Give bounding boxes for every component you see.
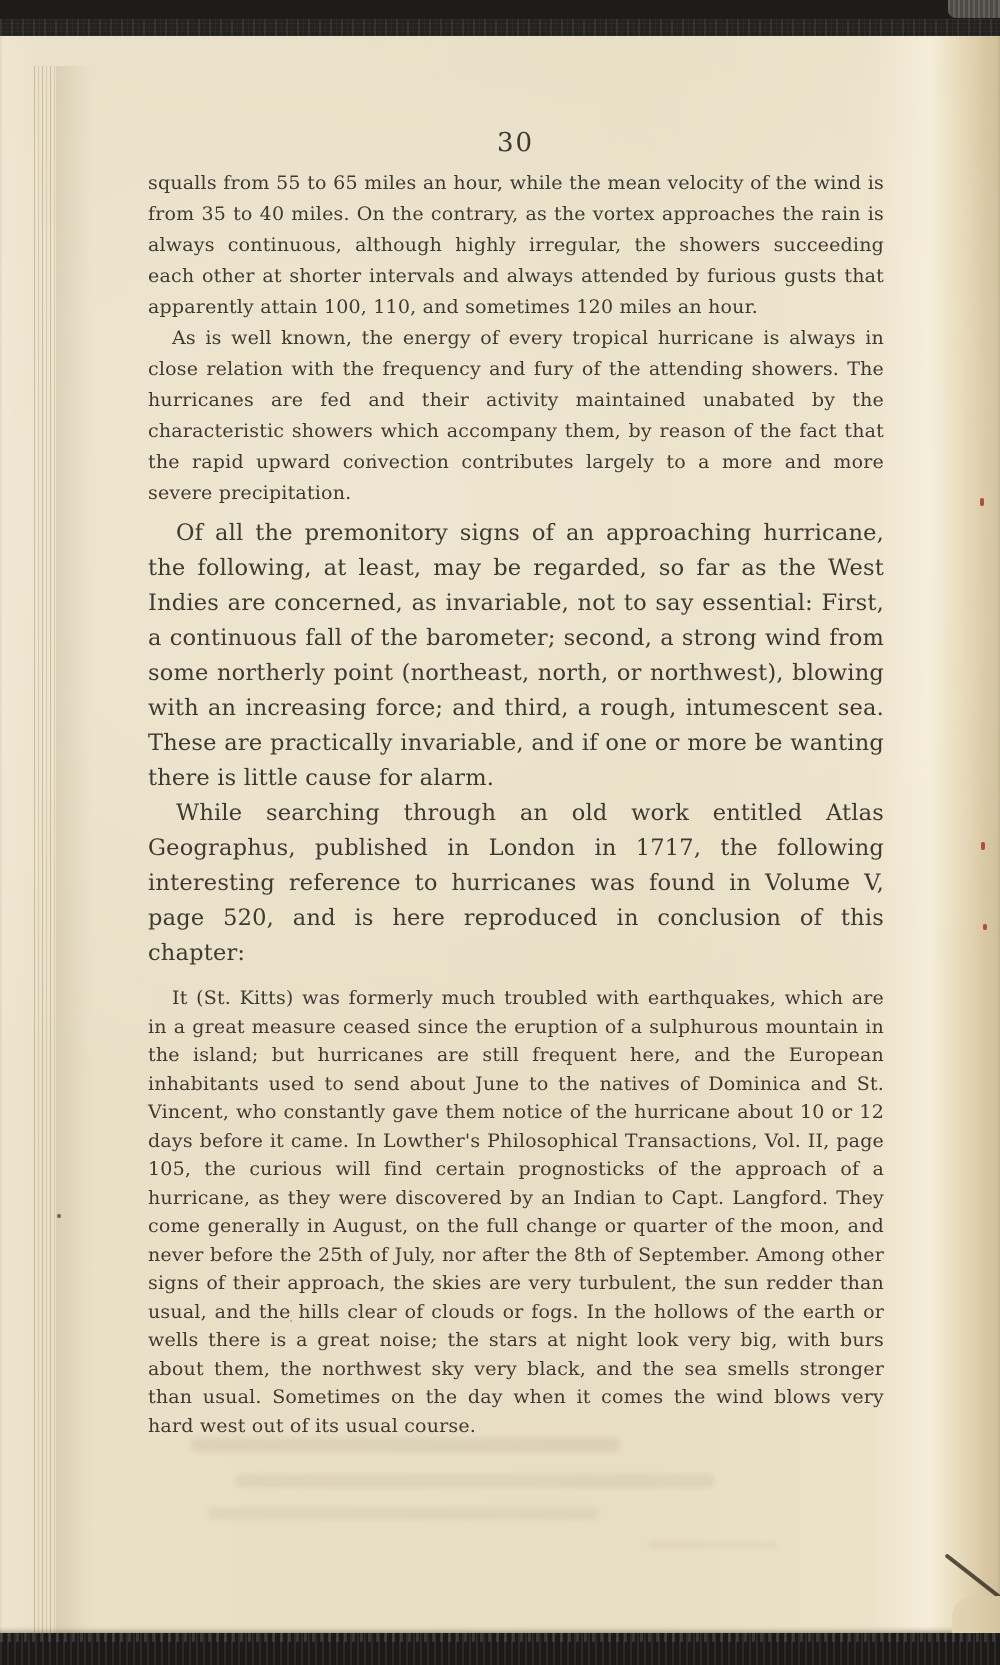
paper-speck — [57, 1214, 61, 1218]
ink-bleed-through — [208, 1507, 598, 1520]
ink-bleed-through — [235, 1474, 715, 1488]
ink-bleed-through — [648, 1542, 778, 1548]
page-gutter-edge-lines — [31, 66, 58, 1662]
cover-grain-texture — [0, 1633, 1000, 1642]
cover-corner-patch — [948, 0, 1000, 18]
text-block: squalls from 55 to 65 miles an hour, whi… — [148, 168, 884, 1440]
under-page-corner — [952, 1596, 1000, 1638]
book-cover-bottom-edge — [0, 1633, 1000, 1665]
paragraph-body-large: While searching through an old work enti… — [148, 796, 884, 971]
red-edge-mark — [981, 842, 985, 850]
red-edge-mark — [980, 498, 984, 506]
paragraph-body: As is well known, the energy of every tr… — [148, 323, 884, 509]
paragraph-block-quote: It (St. Kitts) was formerly much trouble… — [148, 984, 884, 1440]
paper-speck — [373, 454, 375, 456]
page-number: 30 — [148, 128, 883, 158]
ink-bleed-through — [190, 1438, 620, 1452]
paragraph-body-large: Of all the premonitory signs of an appro… — [148, 516, 884, 796]
scanned-book-photo: 30 squalls from 55 to 65 miles an hour, … — [0, 0, 1000, 1665]
gutter-shadow — [56, 66, 92, 1662]
red-edge-mark — [983, 924, 987, 930]
paper-speck — [290, 1320, 292, 1322]
book-page: 30 squalls from 55 to 65 miles an hour, … — [0, 30, 1000, 1633]
paragraph-continuation: squalls from 55 to 65 miles an hour, whi… — [148, 168, 884, 323]
cover-grain-texture — [0, 19, 1000, 36]
book-cover-top-edge — [0, 0, 1000, 36]
